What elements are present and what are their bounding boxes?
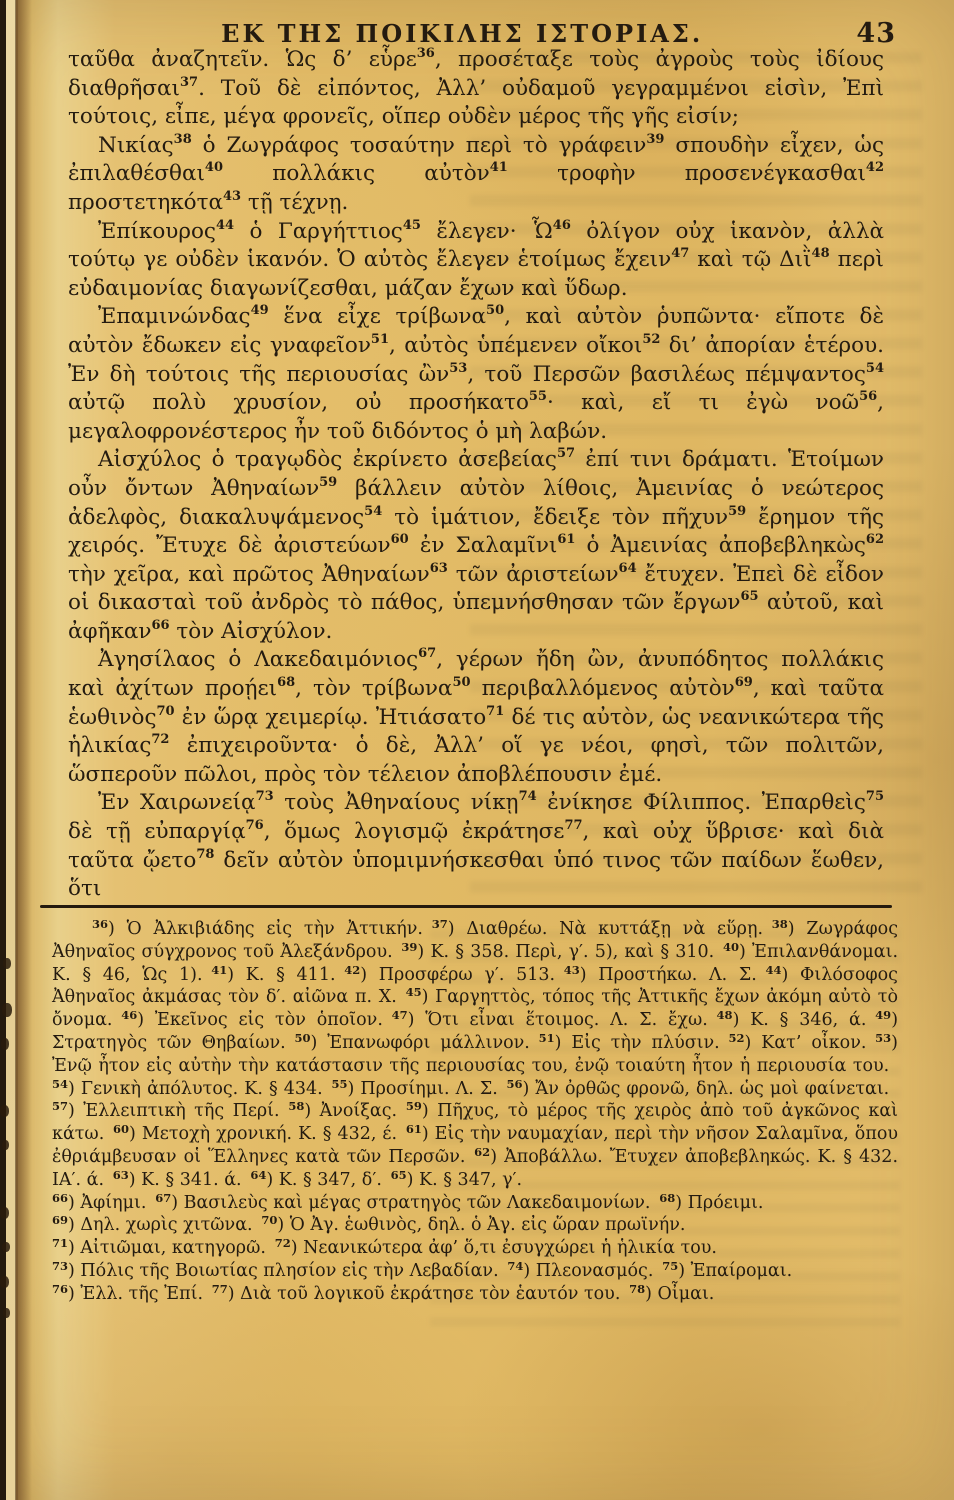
footnote-ref: 71 <box>486 704 504 719</box>
ink-speck <box>2 1140 9 1150</box>
footnote-ref: 70 <box>157 704 175 719</box>
footnote-number: 43 <box>564 963 580 977</box>
footnote-line: 71) Αἰτιῶμαι, κατηγορῶ. 72) Νεανικώτερα … <box>52 1237 898 1260</box>
footnote-ref: 78 <box>196 847 214 862</box>
binding-shadow <box>16 0 32 1500</box>
footnote-number: 76 <box>52 1282 68 1296</box>
footnote-number: 46 <box>121 1008 137 1022</box>
footnote-number: 47 <box>392 1008 408 1022</box>
footnote-number: 40 <box>723 940 739 954</box>
footnote-ref: 57 <box>557 446 575 461</box>
footnote-ref: 45 <box>403 218 421 233</box>
footnote-number: 78 <box>629 1282 645 1296</box>
footnote-ref: 63 <box>430 561 448 576</box>
footnote-number: 74 <box>507 1259 523 1273</box>
footnote-ref: 50 <box>452 675 470 690</box>
page-title: ΕΚ ΤΗΣ ΠΟΙΚΙΛΗΣ ΙΣΤΟΡΙΑΣ. <box>68 19 856 48</box>
footnote-ref: 46 <box>553 218 571 233</box>
footnote-number: 36 <box>92 917 108 931</box>
footnote-number: 67 <box>155 1191 171 1205</box>
footnote-ref: 43 <box>223 189 241 204</box>
footnote-number: 61 <box>406 1122 422 1136</box>
footnote-ref: 77 <box>564 818 582 833</box>
footnote-number: 64 <box>250 1168 266 1182</box>
footnote-ref: 40 <box>205 160 223 175</box>
footnote-ref: 64 <box>619 561 637 576</box>
footnote-ref: 62 <box>866 532 884 547</box>
footnote-ref: 48 <box>812 246 830 261</box>
footnote-ref: 39 <box>646 132 664 147</box>
footnote-ref: 37 <box>180 75 198 90</box>
ink-speck <box>1 1038 9 1050</box>
footnote-number: 39 <box>401 940 417 954</box>
footnote-number: 60 <box>113 1122 129 1136</box>
footnote-ref: 74 <box>519 789 537 804</box>
footnote-number: 53 <box>875 1031 891 1045</box>
footnote-ref: 50 <box>486 303 504 318</box>
footnote-ref: 56 <box>859 389 877 404</box>
paragraph: Ἐπαμινώνδας49 ἕνα εἶχε τρίβωνα50, καὶ αὐ… <box>68 303 884 446</box>
footnote-number: 68 <box>659 1191 675 1205</box>
footnote-ref: 42 <box>866 160 884 175</box>
paragraph: Νικίας38 ὁ Ζωγράφος τοσαύτην περὶ τὸ γρά… <box>68 132 884 218</box>
footnote-number: 51 <box>539 1031 555 1045</box>
footnote-line: 73) Πόλις τῆς Βοιωτίας πλησίον εἰς τὴν Λ… <box>52 1260 898 1283</box>
footnote-number: 41 <box>211 963 227 977</box>
footnote-number: 55 <box>331 1077 347 1091</box>
footnote-ref: 72 <box>151 732 169 747</box>
main-text: ταῦθα ἀναζητεῖν. Ὡς δ’ εὗρε36, προσέταξε… <box>68 46 884 904</box>
footnote-number: 65 <box>391 1168 407 1182</box>
footnote-divider <box>40 905 892 908</box>
footnote-ref: 68 <box>277 675 295 690</box>
footnote-ref: 66 <box>151 618 169 633</box>
footnote-ref: 54 <box>866 361 884 376</box>
footnote-ref: 73 <box>256 789 274 804</box>
footnote-ref: 75 <box>866 789 884 804</box>
footnote-line: 66) Ἀφίημι. 67) Βασιλεὺς καὶ μέγας στρατ… <box>52 1192 898 1215</box>
footnote-number: 38 <box>772 917 788 931</box>
footnote-line: 69) Δηλ. χωρὶς χιτῶνα. 70) Ὁ Ἀγ. ἑωθινὸς… <box>52 1214 898 1237</box>
footnote-ref: 55 <box>529 389 547 404</box>
footnote-number: 52 <box>728 1031 744 1045</box>
ink-speck <box>0 1276 9 1288</box>
footnote-ref: 54 <box>364 504 382 519</box>
footnote-number: 48 <box>717 1008 733 1022</box>
paragraph: Ἀγησίλαος ὁ Λακεδαιμόνιος67, γέρων ἤδη ὢ… <box>68 646 884 789</box>
footnote-number: 66 <box>52 1191 68 1205</box>
footnote-number: 49 <box>875 1008 891 1022</box>
footnote-ref: 38 <box>174 132 192 147</box>
paragraph: Ἐπίκουρος44 ὁ Γαργήττιος45 ἔλεγεν· Ὧ46 ὀ… <box>68 218 884 304</box>
footnote-number: 44 <box>766 963 782 977</box>
ink-speck <box>0 1207 9 1219</box>
footnote-ref: 76 <box>246 818 264 833</box>
ink-speck <box>2 1242 10 1252</box>
footnote-number: 45 <box>406 985 422 999</box>
footnote-number: 59 <box>406 1099 422 1113</box>
page-number: 43 <box>856 18 896 49</box>
footnote-number: 42 <box>344 963 360 977</box>
footnote-ref: 36 <box>417 46 435 61</box>
paragraph: Ἐν Χαιρωνείᾳ73 τοὺς Ἀθηναίους νίκῃ74 ἐνί… <box>68 789 884 903</box>
footnote-ref: 59 <box>319 475 337 490</box>
footnote-number: 63 <box>113 1168 129 1182</box>
footnote-number: 56 <box>507 1077 523 1091</box>
footnote-number: 75 <box>662 1259 678 1273</box>
ink-speck <box>2 1003 12 1017</box>
footnote-ref: 69 <box>735 675 753 690</box>
ink-speck <box>0 1105 9 1117</box>
footnote-number: 57 <box>52 1099 68 1113</box>
footnote-number: 54 <box>52 1077 68 1091</box>
footnote-number: 77 <box>212 1282 228 1296</box>
footnote-ref: 47 <box>671 246 689 261</box>
footnote-ref: 67 <box>418 646 436 661</box>
footnote-ref: 60 <box>391 532 409 547</box>
footnote-ref: 59 <box>728 504 746 519</box>
page-header: ΕΚ ΤΗΣ ΠΟΙΚΙΛΗΣ ΙΣΤΟΡΙΑΣ. 43 <box>68 18 896 49</box>
footnote-ref: 49 <box>251 303 269 318</box>
footnote-ref: 51 <box>371 332 389 347</box>
footnote-ref: 52 <box>642 332 660 347</box>
footnote-ref: 44 <box>216 218 234 233</box>
footnote-line: 76) Ἐλλ. τῆς Ἐπί. 77) Διὰ τοῦ λογικοῦ ἐκ… <box>52 1283 898 1306</box>
footnote-number: 62 <box>474 1145 490 1159</box>
footnote-number: 69 <box>52 1213 68 1227</box>
footnote-number: 71 <box>52 1236 68 1250</box>
footnote-number: 58 <box>288 1099 304 1113</box>
paragraph: ταῦθα ἀναζητεῖν. Ὡς δ’ εὗρε36, προσέταξε… <box>68 46 884 132</box>
footnote-line: 36) Ὁ Ἀλκιβιάδης εἰς τὴν Ἀττικήν. 37) Δι… <box>52 918 898 1192</box>
footnote-number: 72 <box>275 1236 291 1250</box>
footnote-ref: 41 <box>490 160 508 175</box>
footnote-number: 70 <box>261 1213 277 1227</box>
book-page: ΕΚ ΤΗΣ ΠΟΙΚΙΛΗΣ ΙΣΤΟΡΙΑΣ. 43 ταῦθα ἀναζη… <box>0 0 954 1500</box>
footnotes: 36) Ὁ Ἀλκιβιάδης εἰς τὴν Ἀττικήν. 37) Δι… <box>52 918 898 1306</box>
footnote-number: 50 <box>294 1031 310 1045</box>
ink-speck <box>3 958 11 969</box>
footnote-ref: 53 <box>449 361 467 376</box>
footnote-ref: 61 <box>557 532 575 547</box>
ink-speck <box>3 1308 10 1318</box>
footnote-ref: 65 <box>740 589 758 604</box>
footnote-number: 73 <box>52 1259 68 1273</box>
paragraph: Αἰσχύλος ὁ τραγῳδὸς ἐκρίνετο ἀσεβείας57 … <box>68 446 884 646</box>
footnote-number: 37 <box>432 917 448 931</box>
